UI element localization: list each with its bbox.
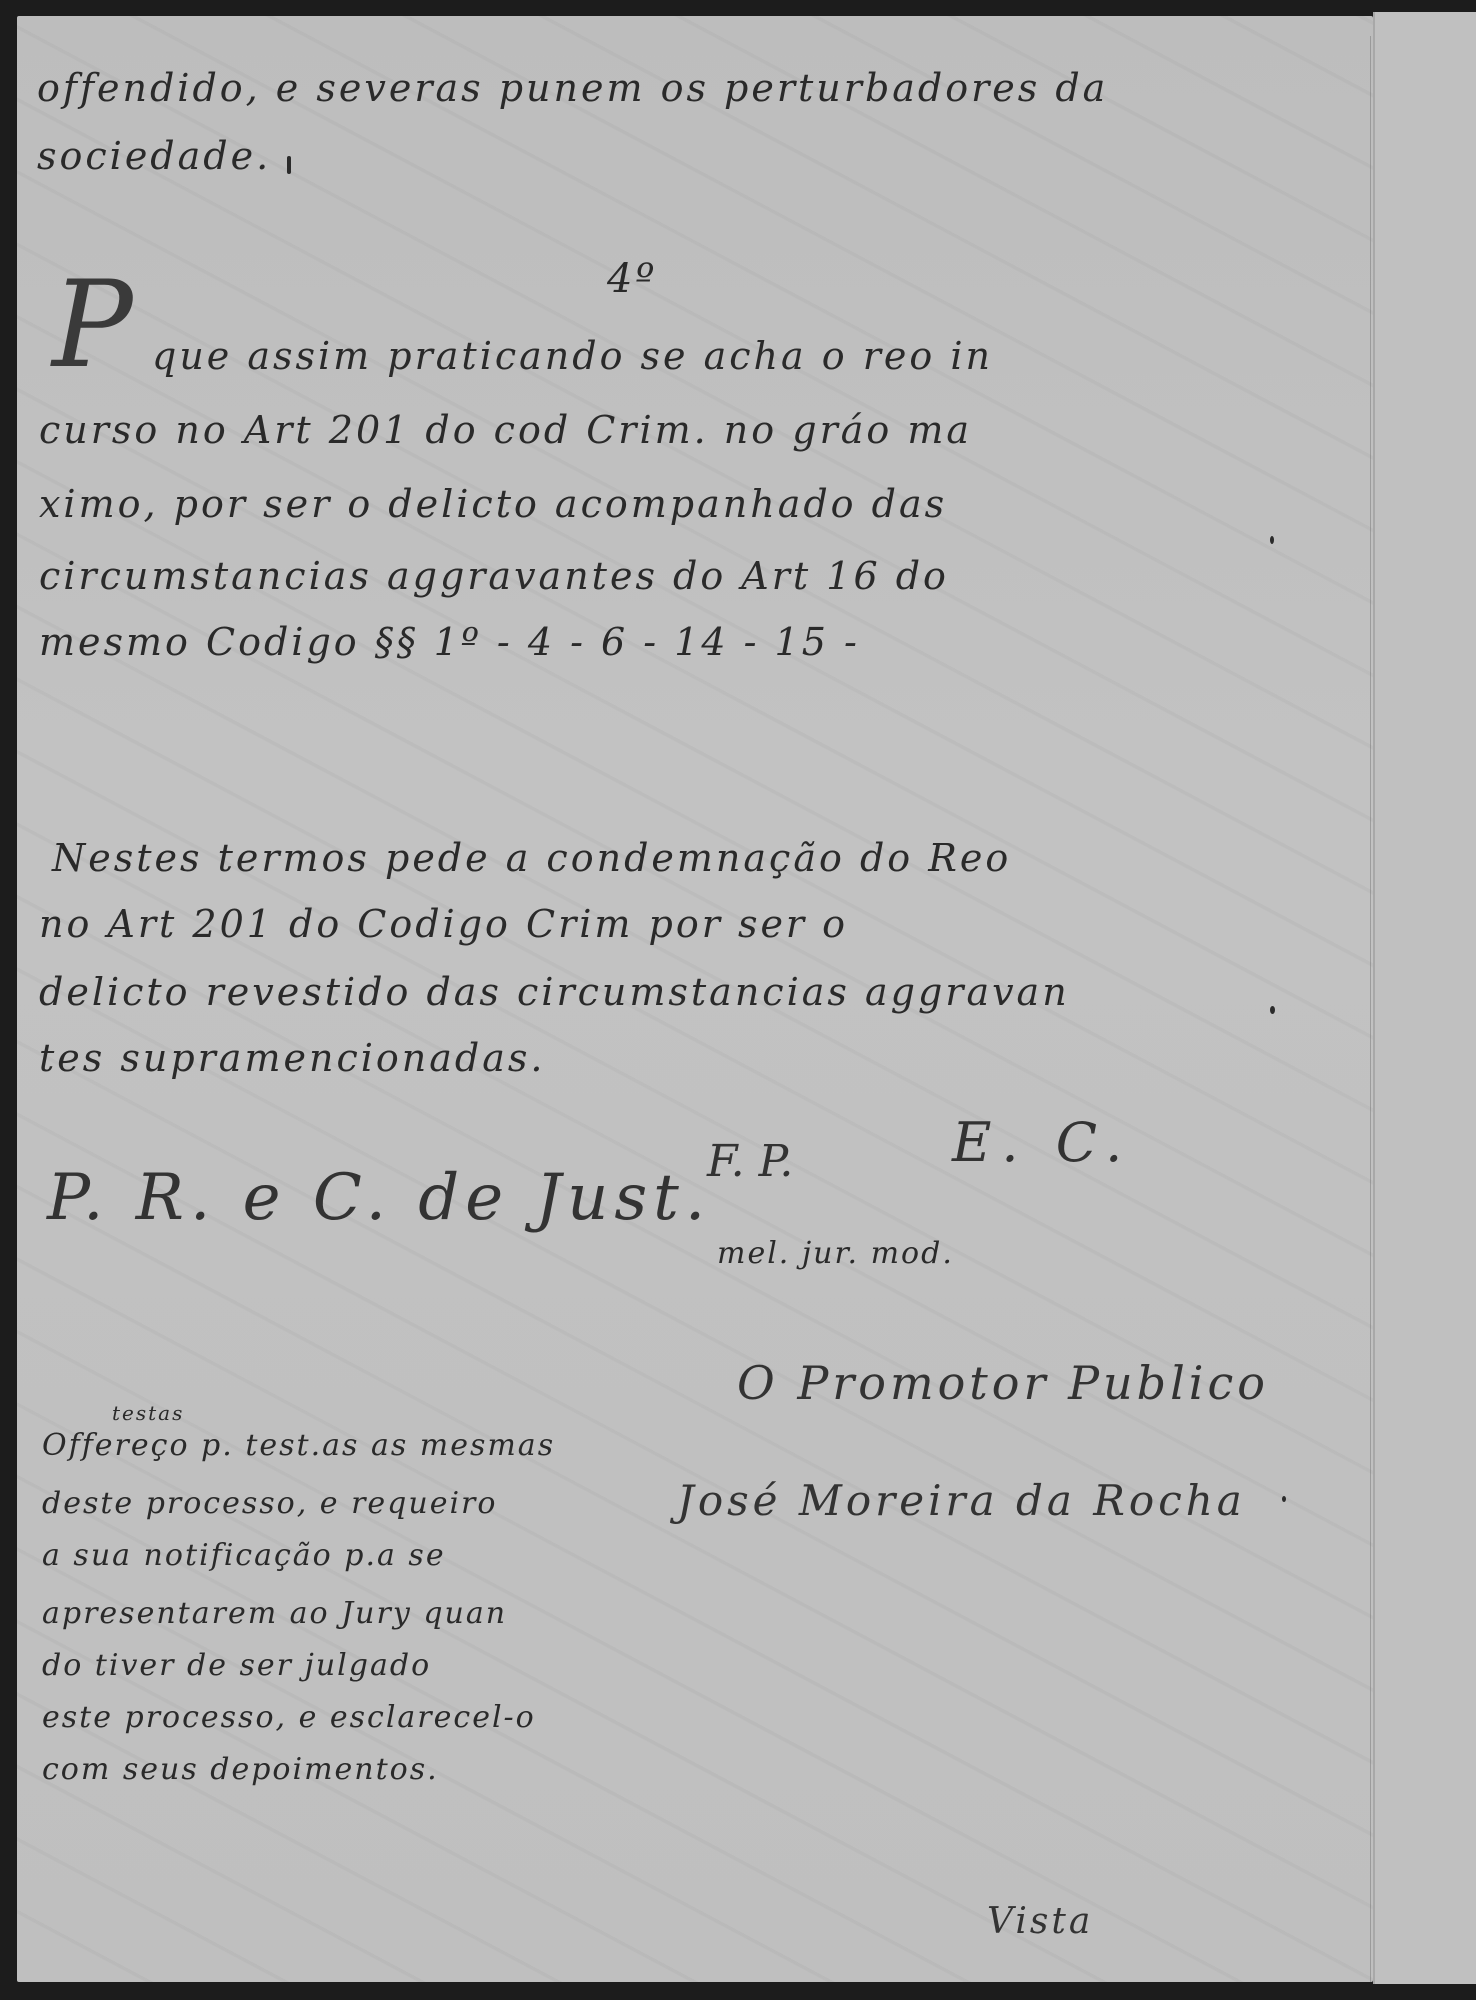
margin-note-line-4: apresentarem ao Jury quan [42, 1596, 507, 1631]
ink-speck [1270, 536, 1274, 544]
section-4-line-1: que assim praticando se acha o reo in [152, 334, 993, 378]
section-4-line-4: circumstancias aggravantes do Art 16 do [39, 554, 949, 598]
section-number: 4º [607, 256, 657, 302]
manuscript-sheet: offendido, e severas punem os perturbado… [17, 16, 1373, 1982]
closing-formula-second-line: mel. jur. mod. [717, 1236, 954, 1271]
closing-formula-superscript: F. P. [707, 1136, 793, 1187]
conclusion-line-4: tes supramencionadas. [39, 1036, 545, 1080]
margin-note-line-1: Offereço p. test.as as mesmas [42, 1428, 555, 1463]
conclusion-line-3: delicto revestido das circumstancias agg… [39, 970, 1070, 1014]
opening-line-2: sociedade. [37, 134, 271, 178]
opening-line-1: offendido, e severas punem os perturbado… [37, 66, 1108, 110]
section-4-line-3: ximo, por ser o delicto acompanhado das [39, 482, 947, 526]
closing-formula: P. R. e C. de Just. [47, 1161, 711, 1235]
footer-catchword: Vista [987, 1901, 1093, 1942]
conclusion-line-1: Nestes termos pede a condemnação do Reo [52, 836, 1011, 880]
ink-speck [287, 156, 291, 174]
scanned-page-background: offendido, e severas punem os perturbado… [0, 0, 1476, 2000]
margin-note-line-6: este processo, e esclarecel-o [42, 1700, 536, 1735]
closing-formula-suffix: E. C. [952, 1111, 1132, 1174]
signature-name: José Moreira da Rocha [677, 1476, 1246, 1525]
margin-note-line-3: a sua notificação p.a se [42, 1538, 446, 1573]
adjacent-sheet-edge [1373, 12, 1476, 1984]
margin-note-line-7: com seus depoimentos. [42, 1752, 439, 1787]
signature-title: O Promotor Publico [737, 1356, 1269, 1410]
margin-note-superscript: testas [112, 1401, 184, 1425]
section-4-line-2: curso no Art 201 do cod Crim. no gráo ma [39, 408, 972, 452]
ink-speck [1282, 1496, 1286, 1502]
ink-speck [1270, 1006, 1275, 1014]
margin-note-line-5: do tiver de ser julgado [42, 1648, 431, 1683]
margin-note-line-2: deste processo, e requeiro [42, 1486, 497, 1521]
fold-line [1370, 36, 1371, 1982]
section-drop-cap: P [52, 256, 133, 395]
section-4-line-5: mesmo Codigo §§ 1º - 4 - 6 - 14 - 15 - [39, 620, 860, 664]
conclusion-line-2: no Art 201 do Codigo Crim por ser o [39, 902, 848, 946]
